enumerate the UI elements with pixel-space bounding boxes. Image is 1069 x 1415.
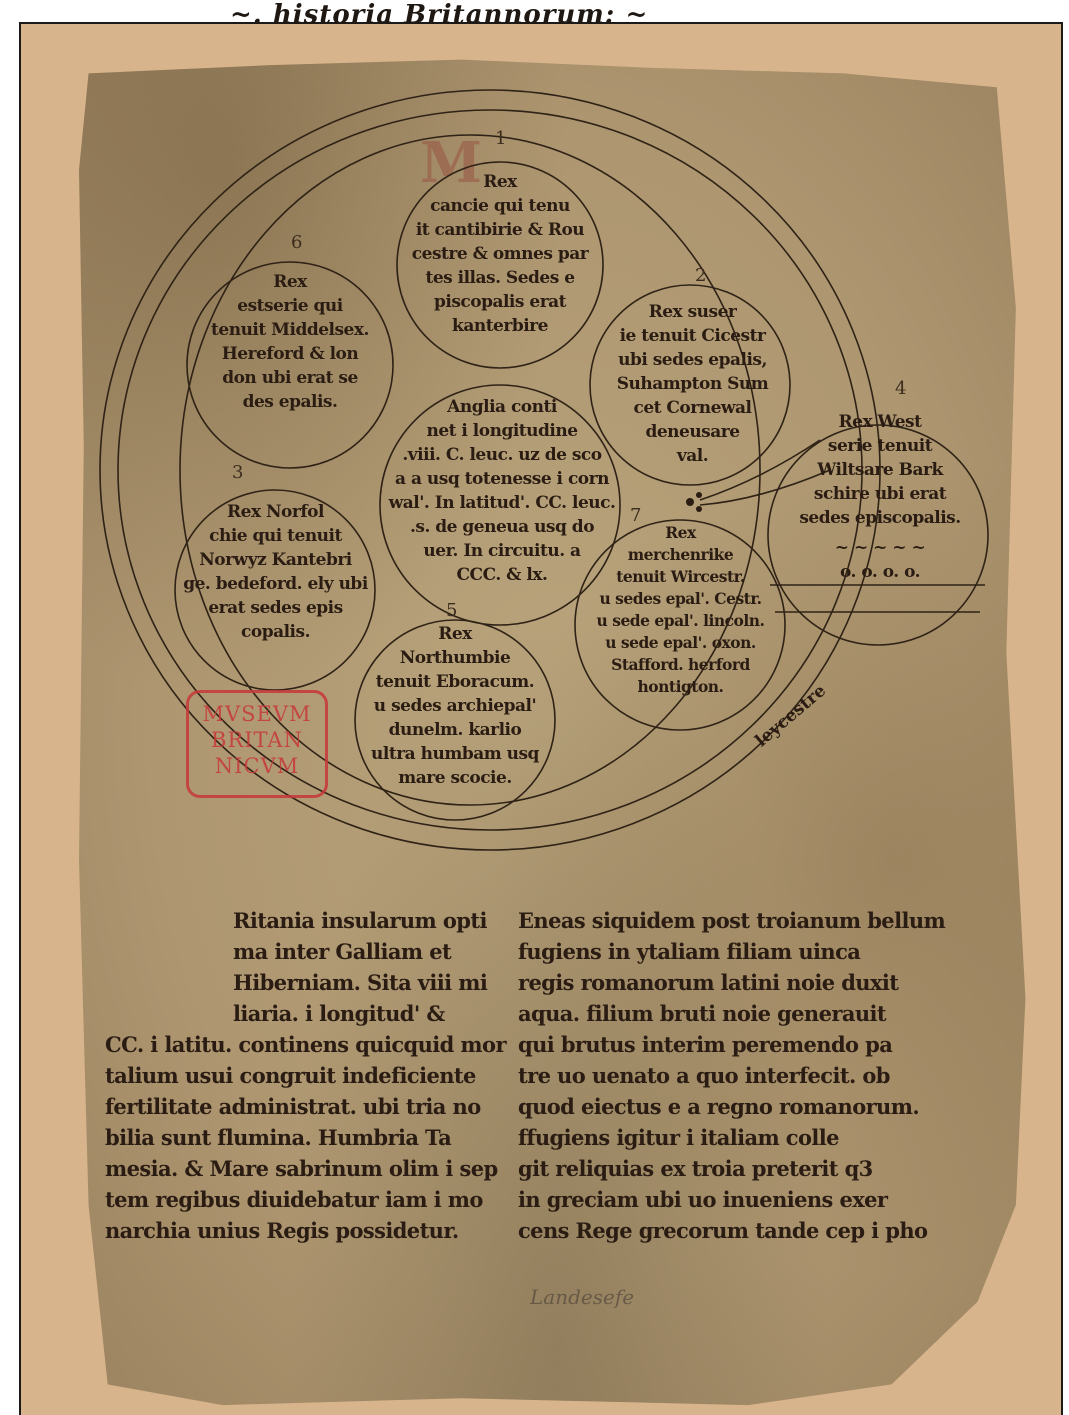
roundel-3-norfolk: Rex Norfolchie qui tenuitNorwyz Kantebri… bbox=[178, 500, 373, 644]
roundel-number-2: 2 bbox=[695, 265, 706, 286]
roundel-6-essex: Rexestserie quitenuit Middelsex.Hereford… bbox=[190, 270, 390, 414]
roundel-5-northumbria: RexNorthumbietenuit Eboracum.u sedes arc… bbox=[355, 622, 555, 790]
text-column-left: Ritania insularum opti ma inter Galliam … bbox=[105, 905, 505, 1246]
roundel-7-mercia: Rexmerchenriketenuit Wircestr.u sedes ep… bbox=[578, 522, 783, 698]
pencil-signature: Landesefe bbox=[530, 1285, 634, 1309]
british-museum-stamp: MVSEVM BRITAN NICVM bbox=[186, 690, 328, 798]
roundel-number-1: 1 bbox=[495, 128, 506, 149]
roundel-number-6: 6 bbox=[291, 232, 302, 253]
roundel-number-4: 4 bbox=[895, 378, 906, 399]
roundel-4-wessex: Rex Westserie tenuitWiltsare Barkschire … bbox=[770, 410, 990, 584]
roundel-1-kent: Rexcancie qui tenuit cantibirie & Rouces… bbox=[400, 170, 600, 338]
roundel-number-5: 5 bbox=[446, 600, 457, 621]
text-column-right: Eneas siquidem post troianum bellum fugi… bbox=[518, 905, 918, 1246]
roundel-2-sussex: Rex suserie tenuit Cicestrubi sedes epal… bbox=[595, 300, 790, 468]
roundel-number-3: 3 bbox=[232, 462, 243, 483]
